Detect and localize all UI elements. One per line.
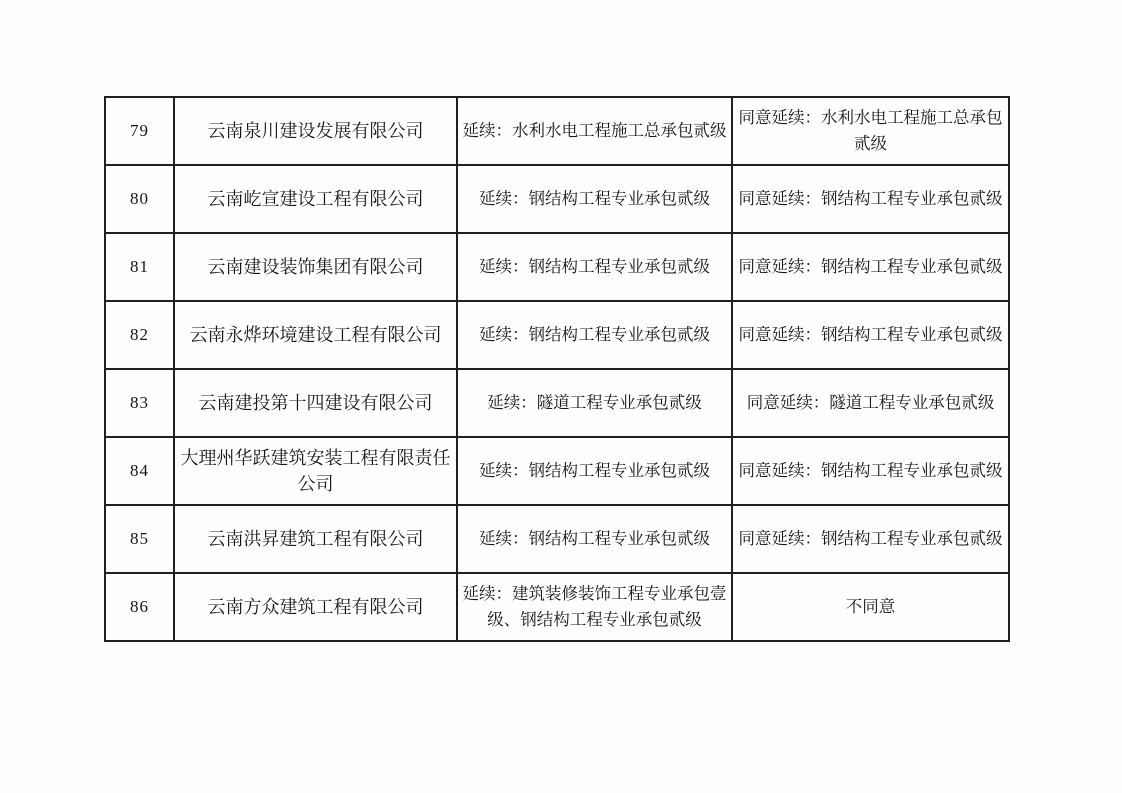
company-name: 云南永烨环境建设工程有限公司 bbox=[174, 301, 457, 369]
table-row: 80 云南屹宣建设工程有限公司 延续：钢结构工程专业承包贰级 同意延续：钢结构工… bbox=[105, 165, 1009, 233]
company-name: 云南屹宣建设工程有限公司 bbox=[174, 165, 457, 233]
approval-decision: 同意延续：钢结构工程专业承包贰级 bbox=[732, 505, 1009, 573]
application-content: 延续：隧道工程专业承包贰级 bbox=[457, 369, 732, 437]
application-content: 延续：建筑装修装饰工程专业承包壹级、钢结构工程专业承包贰级 bbox=[457, 573, 732, 641]
company-name: 云南泉川建设发展有限公司 bbox=[174, 97, 457, 165]
approval-decision: 同意延续：钢结构工程专业承包贰级 bbox=[732, 437, 1009, 505]
table-row: 81 云南建设装饰集团有限公司 延续：钢结构工程专业承包贰级 同意延续：钢结构工… bbox=[105, 233, 1009, 301]
approval-decision: 同意延续：隧道工程专业承包贰级 bbox=[732, 369, 1009, 437]
company-name: 云南洪昇建筑工程有限公司 bbox=[174, 505, 457, 573]
row-no: 84 bbox=[105, 437, 174, 505]
company-name: 大理州华跃建筑安装工程有限责任公司 bbox=[174, 437, 457, 505]
application-content: 延续：钢结构工程专业承包贰级 bbox=[457, 437, 732, 505]
row-no: 83 bbox=[105, 369, 174, 437]
table-row: 86 云南方众建筑工程有限公司 延续：建筑装修装饰工程专业承包壹级、钢结构工程专… bbox=[105, 573, 1009, 641]
row-no: 81 bbox=[105, 233, 174, 301]
approval-decision: 同意延续：水利水电工程施工总承包贰级 bbox=[732, 97, 1009, 165]
application-content: 延续：钢结构工程专业承包贰级 bbox=[457, 165, 732, 233]
approval-decision: 不同意 bbox=[732, 573, 1009, 641]
company-name: 云南方众建筑工程有限公司 bbox=[174, 573, 457, 641]
row-no: 79 bbox=[105, 97, 174, 165]
row-no: 82 bbox=[105, 301, 174, 369]
document-page: 79 云南泉川建设发展有限公司 延续：水利水电工程施工总承包贰级 同意延续：水利… bbox=[0, 0, 1122, 793]
company-name: 云南建设装饰集团有限公司 bbox=[174, 233, 457, 301]
row-no: 85 bbox=[105, 505, 174, 573]
table-row: 83 云南建投第十四建设有限公司 延续：隧道工程专业承包贰级 同意延续：隧道工程… bbox=[105, 369, 1009, 437]
table-row: 82 云南永烨环境建设工程有限公司 延续：钢结构工程专业承包贰级 同意延续：钢结… bbox=[105, 301, 1009, 369]
table-row: 85 云南洪昇建筑工程有限公司 延续：钢结构工程专业承包贰级 同意延续：钢结构工… bbox=[105, 505, 1009, 573]
table-row: 84 大理州华跃建筑安装工程有限责任公司 延续：钢结构工程专业承包贰级 同意延续… bbox=[105, 437, 1009, 505]
table-row: 79 云南泉川建设发展有限公司 延续：水利水电工程施工总承包贰级 同意延续：水利… bbox=[105, 97, 1009, 165]
application-content: 延续：钢结构工程专业承包贰级 bbox=[457, 301, 732, 369]
row-no: 80 bbox=[105, 165, 174, 233]
application-content: 延续：水利水电工程施工总承包贰级 bbox=[457, 97, 732, 165]
approval-decision: 同意延续：钢结构工程专业承包贰级 bbox=[732, 301, 1009, 369]
application-content: 延续：钢结构工程专业承包贰级 bbox=[457, 505, 732, 573]
approval-decision: 同意延续：钢结构工程专业承包贰级 bbox=[732, 165, 1009, 233]
application-content: 延续：钢结构工程专业承包贰级 bbox=[457, 233, 732, 301]
approval-table: 79 云南泉川建设发展有限公司 延续：水利水电工程施工总承包贰级 同意延续：水利… bbox=[104, 96, 1010, 642]
approval-decision: 同意延续：钢结构工程专业承包贰级 bbox=[732, 233, 1009, 301]
row-no: 86 bbox=[105, 573, 174, 641]
company-name: 云南建投第十四建设有限公司 bbox=[174, 369, 457, 437]
